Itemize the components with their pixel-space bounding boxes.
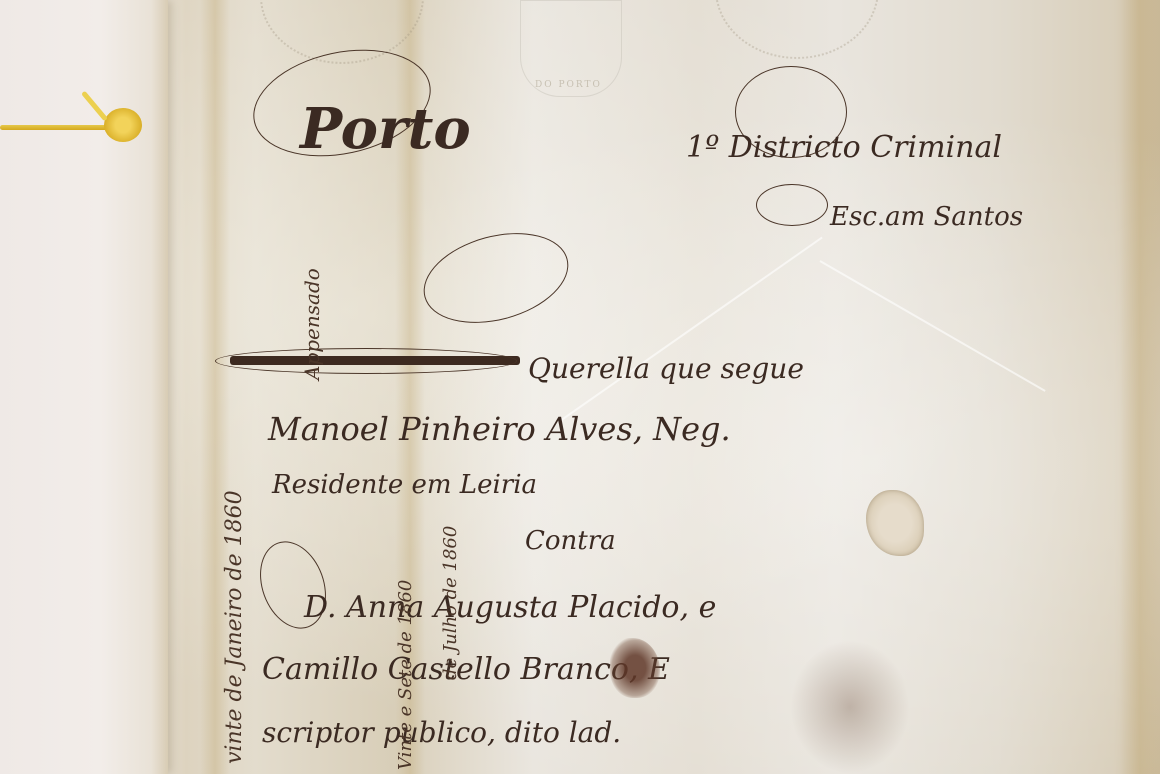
margin-note-appensado: Appensado [300,268,324,380]
flourish-underline-loop [215,348,517,374]
margin-note-date-2: Vinte e Sete de 1860 [395,580,416,770]
foxing-stain [790,640,910,774]
district-line-2: Esc.am Santos [830,202,1023,232]
district-line-1: 1º Districto Criminal [686,130,1002,165]
paper-crease [820,260,1046,392]
flourish-capital-q [414,218,579,337]
body-line-4: Contra [525,526,616,556]
ink-blot [610,638,660,698]
document-photo: DO PORTO Porto 1º Districto Criminal Esc… [0,0,1160,774]
embossed-stamp-text: DO PORTO [535,80,602,90]
paper-crease [559,237,822,422]
body-line-7: scriptor publico, dito lad. [262,716,621,749]
margin-note-date-3: de Julho de 1860 [440,526,461,680]
body-line-6: Camillo Castello Branco, E [262,652,670,687]
body-line-3: Residente em Leiria [272,470,537,500]
body-line-5: D. Anna Augusta Placido, e [304,590,716,625]
binding-knot [104,108,142,142]
paper-hole [866,490,924,556]
flourish-capital-e [756,184,828,226]
cover-sheet [0,0,168,774]
body-line-1: Querella que segue [528,352,804,385]
margin-note-date: vinte de Janeiro de 1860 [222,490,247,764]
paper-edge-shadow [1120,0,1160,774]
body-line-2: Manoel Pinheiro Alves, Neg. [268,410,731,448]
embossed-seal [715,0,879,59]
city-heading: Porto [300,96,471,162]
